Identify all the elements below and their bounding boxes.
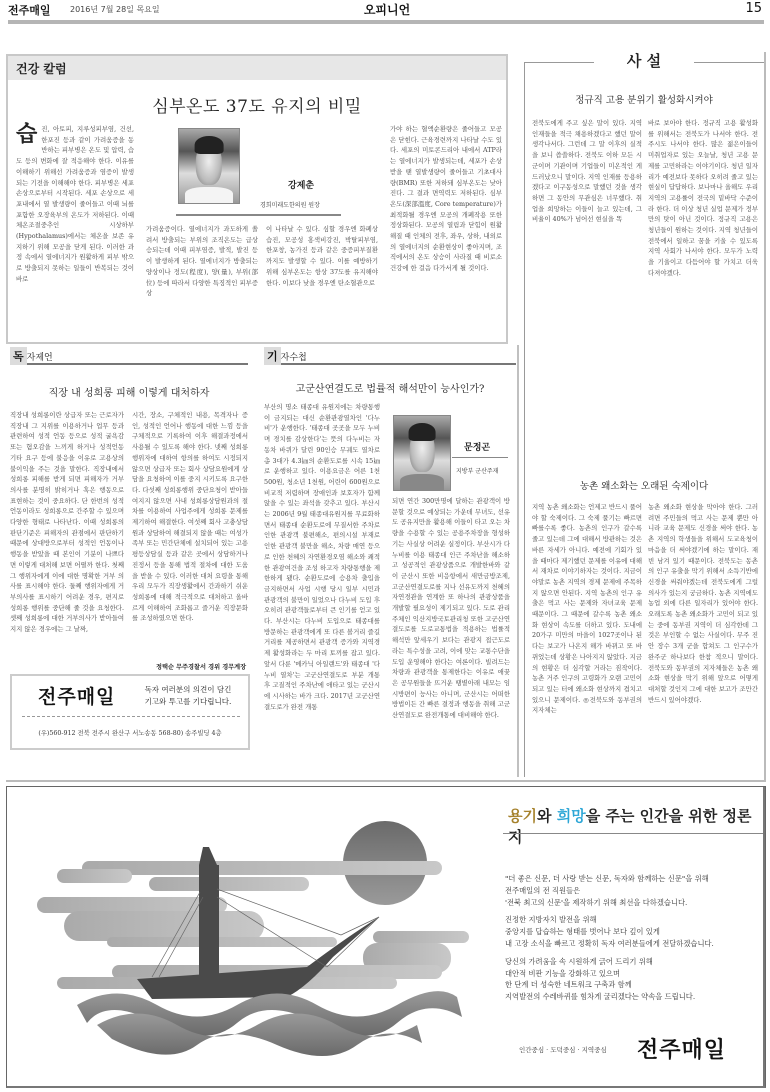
masthead: 전주매일 2016년 7월 28일 목요일 오피니언 15	[8, 0, 766, 34]
ad-headline: 용기와 희망을 주는 인간을 위한 정론지	[508, 805, 765, 847]
reporter-column-header: 기자수첩	[264, 345, 516, 365]
portrait-photo-icon	[178, 128, 240, 204]
dropcap: 습	[16, 124, 37, 146]
portrait-photo-icon	[393, 415, 451, 491]
article-column-2: 가려움증이다. 열에너지가 과도하게 쏠려서 방출되는 부위의 조직온도는 급상…	[146, 224, 258, 299]
promo-message: 독자 여러분의 의견이 담긴 기고와 투고를 기다립니다.	[132, 684, 244, 708]
article-title: 심부온도 37도 유지의 비밀	[8, 92, 506, 117]
editorial-label: 사 설	[524, 50, 764, 71]
newspaper-advertisement: 용기와 희망을 주는 인간을 위한 정론지 "더 좋은 신문, 더 사랑 받는 …	[6, 786, 766, 1088]
editorial-2-column-2: 농촌 왜소화 현상을 막아야 한다. 그러려면 주민들의 먹고 사는 문제 뿐만…	[648, 502, 758, 705]
promo-address: (우)560-912 전북 전주시 완산구 서노송동 568-80) 송주빌딩 …	[12, 728, 248, 737]
author-name: 강제춘	[288, 178, 314, 191]
article-column-3: 이 나타날 수 있다. 심할 경우엔 화폐상습진, 모공성 홍색비강진, 박탈피…	[266, 224, 378, 288]
column-label: 건강 칼럼	[8, 56, 506, 80]
ad-paragraph: 당신의 가려움을 속 시원하게 긁어 드리기 위해 대안적 비판 기능을 강화하…	[505, 956, 765, 1003]
reader-signoff: 정택순 무주경찰서 경위 경무계장	[156, 662, 246, 671]
ad-divider	[6, 780, 766, 782]
reporter-column-1: 부산의 명소 태종대 유원지에는 차량통행이 금지되는 대신 순환관광열차인 '…	[264, 402, 380, 774]
editorial-section: 사 설 정규직 고용 분위기 활성화시켜야 전북도에게 주고 싶은 말이 있다.…	[524, 52, 766, 782]
health-column: 건강 칼럼 심부온도 37도 유지의 비밀 습 진, 아토피, 지루성피부염, …	[6, 54, 508, 344]
ad-body: "더 좋은 신문, 더 사랑 받는 신문, 독자와 함께하는 신문"을 위해 전…	[505, 873, 765, 1009]
ad-paragraph: 진정한 지방자치 발전을 위해 중앙지를 답습하는 형태를 벗어나 보다 깊이 …	[505, 914, 765, 949]
ad-paragraph: "더 좋은 신문, 더 사랑 받는 신문, 독자와 함께하는 신문"을 위해 전…	[505, 873, 765, 908]
reporter-name: 문정곤	[464, 440, 490, 453]
reporter-role: 지방부 군산주재	[456, 466, 498, 475]
ad-slogan: 인간중심 · 도덕중심 · 지역중심	[519, 1045, 607, 1054]
section-title: 오피니언	[8, 1, 766, 18]
editorial-1-column-1: 전북도에게 주고 싶은 말이 있다. 지역 인재들을 적극 채용하겠다고 했던 …	[532, 118, 642, 225]
reader-column-1: 직장내 성희롱이란 상급자 또는 근로자가 직장내 그 지위를 이용하거나 업무…	[10, 410, 124, 635]
article-column-1: 습 진, 아토피, 지루성피부염, 건선, 한포진 등과 같이 가려움증을 동반…	[16, 124, 134, 285]
editorial-2-column-1: 지역 농촌 왜소화는 언제고 반드시 풀어야 할 숙제이다. 그 숙제 풀기는 …	[532, 502, 642, 716]
submission-promo-box: 전주매일 독자 여러분의 의견이 담긴 기고와 투고를 기다립니다. (우)56…	[10, 674, 250, 750]
editorial-title-2: 농촌 왜소화는 오래된 숙제이다	[524, 478, 764, 492]
reporter-column-2: 되면 연간 300만명에 달하는 관광객이 방문할 것으로 예상되는 가운데 무…	[392, 496, 510, 778]
reader-article-title: 직장 내 성희롱 피해 이렇게 대처하자	[10, 384, 248, 399]
reader-column-2: 시간, 장소, 구체적인 내용, 목격자나 증인, 성적인 언어나 행동에 대한…	[132, 410, 248, 624]
author-role: 경희미래도한의원 원장	[260, 200, 320, 209]
page-number: 15	[745, 1, 762, 16]
editorial-title-1: 정규직 고용 분위기 활성화시켜야	[524, 92, 764, 106]
byline-rule	[176, 214, 341, 216]
editorial-1-column-2: 바로 보아야 한다. 정규직 고용 활성화를 위해서는 전북도가 나서야 한다.…	[648, 118, 758, 279]
reader-column-header: 독자제언	[10, 345, 248, 365]
reporter-article-title: 고군산연결도로 법률적 해석만이 능사인가?	[264, 380, 516, 395]
pen-nib-ship-illustration-icon	[7, 787, 497, 1087]
article-column-4: 가야 하는 혈액순환량은 줄어들고 모공은 닫힌다. 근육경련까지 나타날 수도…	[390, 124, 502, 274]
ad-logo: 전주매일	[637, 1033, 726, 1064]
masthead-divider	[8, 20, 764, 24]
promo-logo: 전주매일	[38, 682, 115, 709]
